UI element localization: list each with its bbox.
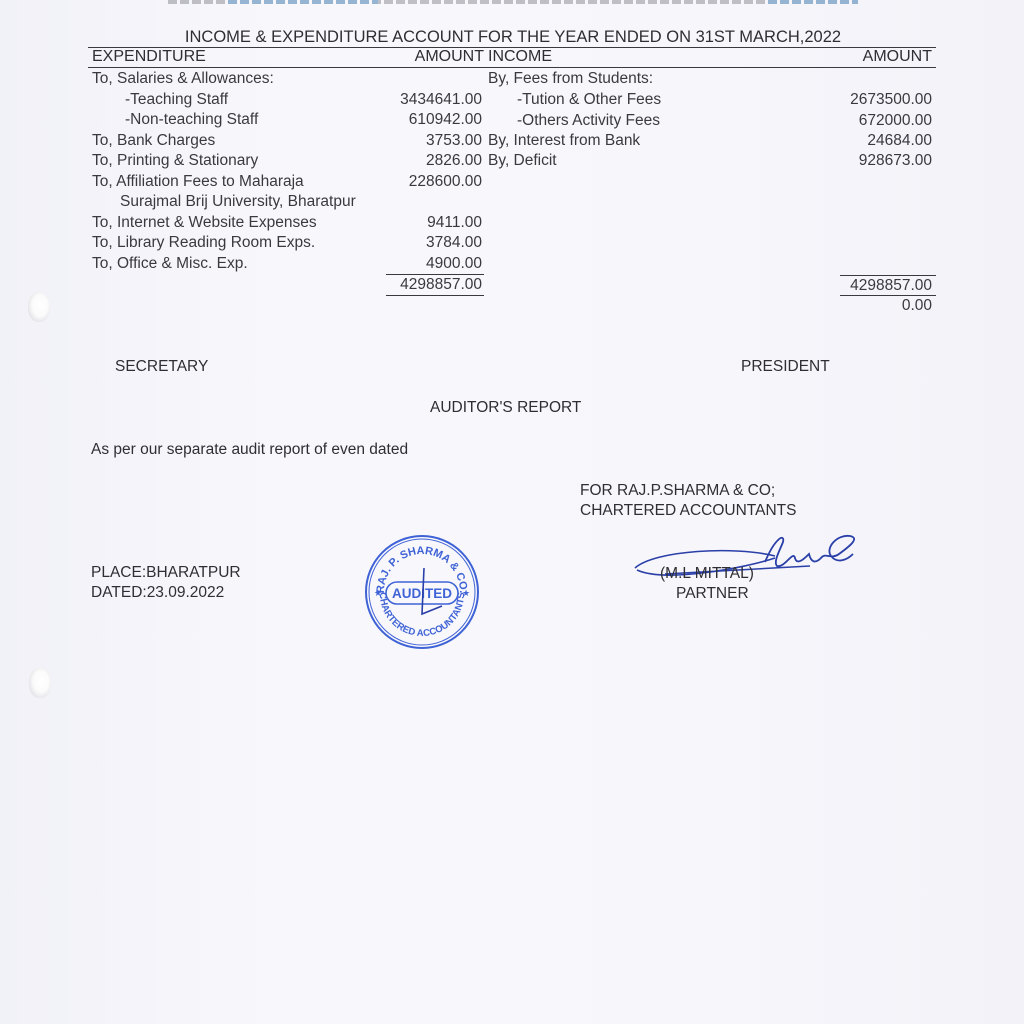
expenditure-row-label: To, Library Reading Room Exps. xyxy=(92,234,315,252)
column-header-expenditure: EXPENDITURE xyxy=(92,48,206,66)
punch-hole xyxy=(28,292,50,322)
audited-stamp-icon: RAJ. P. SHARMA & CO. CHARTERED ACCOUNTAN… xyxy=(362,532,482,652)
expenditure-row-amount: 3753.00 xyxy=(360,132,482,150)
auditors-report-heading: AUDITOR'S REPORT xyxy=(430,399,581,417)
expenditure-row-amount: 4900.00 xyxy=(360,255,482,273)
expenditure-row-label: To, Office & Misc. Exp. xyxy=(92,255,248,273)
expenditure-row-label: To, Internet & Website Expenses xyxy=(92,214,317,232)
svg-text:★: ★ xyxy=(462,588,470,598)
income-total-rule-bottom xyxy=(840,295,936,296)
expenditure-total: 4298857.00 xyxy=(360,276,482,294)
expenditure-row-amount: 9411.00 xyxy=(360,214,482,232)
account-title: INCOME & EXPENDITURE ACCOUNT FOR THE YEA… xyxy=(88,28,938,47)
expenditure-total-rule-bottom xyxy=(386,295,484,296)
secretary-label: SECRETARY xyxy=(115,358,208,376)
income-row-amount: 2673500.00 xyxy=(800,91,932,109)
income-row-label: By, Interest from Bank xyxy=(488,132,640,150)
expenditure-row-label: To, Salaries & Allowances: xyxy=(92,70,274,88)
place-label: PLACE:BHARATPUR xyxy=(91,564,241,582)
income-row-amount: 928673.00 xyxy=(800,152,932,170)
expenditure-row-amount: 2826.00 xyxy=(360,152,482,170)
expenditure-total-rule-top xyxy=(386,274,484,275)
header-rule xyxy=(88,67,936,68)
expenditure-row-label: Surajmal Brij University, Bharatpur xyxy=(120,193,356,211)
income-row-amount: 672000.00 xyxy=(800,112,932,130)
president-label: PRESIDENT xyxy=(741,358,830,376)
income-row-label: -Others Activity Fees xyxy=(517,112,660,130)
expenditure-row-amount: 610942.00 xyxy=(360,111,482,129)
scanned-document-page: INCOME & EXPENDITURE ACCOUNT FOR THE YEA… xyxy=(0,0,1024,1024)
expenditure-row-label: -Non-teaching Staff xyxy=(125,111,258,129)
partner-title: PARTNER xyxy=(676,585,749,603)
column-header-amount-right: AMOUNT xyxy=(850,48,932,66)
column-header-amount-left: AMOUNT xyxy=(406,48,484,66)
income-row-amount: 24684.00 xyxy=(800,132,932,150)
balance-difference: 0.00 xyxy=(800,297,932,315)
date-label: DATED:23.09.2022 xyxy=(91,584,224,602)
punch-hole xyxy=(29,668,51,698)
audit-firm-type: CHARTERED ACCOUNTANTS xyxy=(580,502,796,520)
partner-name: (M.L MITTAL) xyxy=(660,565,754,583)
audit-statement: As per our separate audit report of even… xyxy=(91,441,408,459)
column-header-income: INCOME xyxy=(488,48,552,66)
income-row-label: -Tution & Other Fees xyxy=(517,91,661,109)
income-row-label: By, Fees from Students: xyxy=(488,70,653,88)
expenditure-row-amount: 3434641.00 xyxy=(360,91,482,109)
expenditure-row-label: To, Printing & Stationary xyxy=(92,152,258,170)
clipped-institution-header xyxy=(168,0,858,4)
income-total-rule-top xyxy=(840,275,936,276)
income-row-label: By, Deficit xyxy=(488,152,557,170)
expenditure-row-label: To, Affiliation Fees to Maharaja xyxy=(92,173,304,191)
expenditure-row-amount: 228600.00 xyxy=(360,173,482,191)
income-total: 4298857.00 xyxy=(800,277,932,295)
expenditure-row-label: To, Bank Charges xyxy=(92,132,215,150)
expenditure-row-label: -Teaching Staff xyxy=(125,91,228,109)
svg-text:★: ★ xyxy=(374,588,382,598)
audit-firm-name: FOR RAJ.P.SHARMA & CO; xyxy=(580,482,775,500)
expenditure-row-amount: 3784.00 xyxy=(360,234,482,252)
